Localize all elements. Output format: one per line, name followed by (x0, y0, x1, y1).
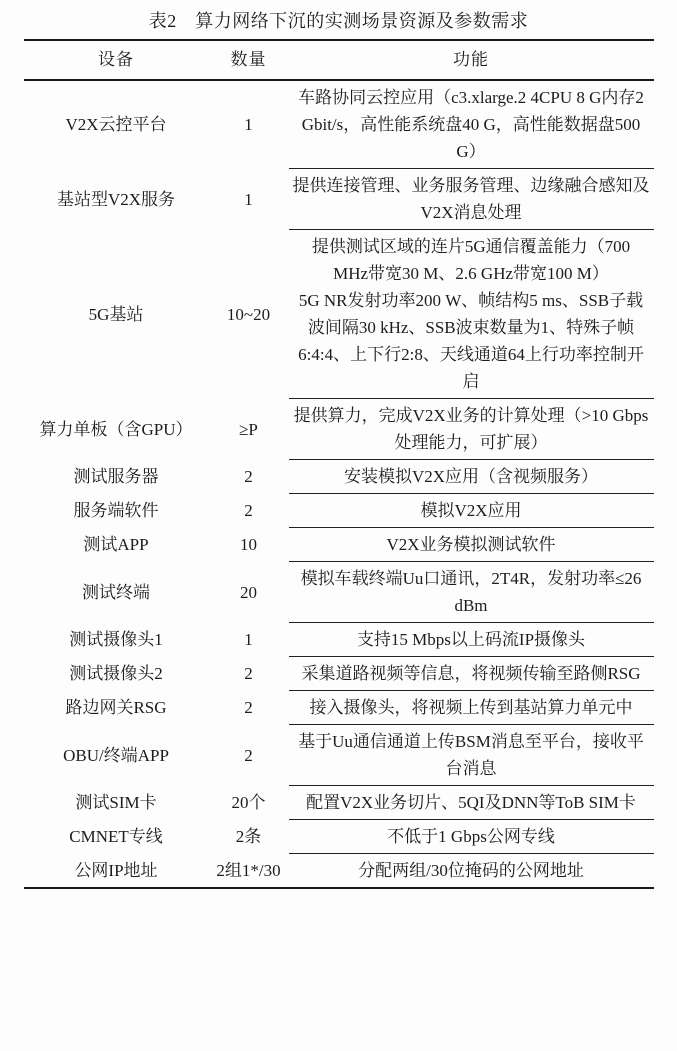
quantity-cell: 2组1*/30 (209, 854, 289, 889)
quantity-cell: 2 (209, 691, 289, 725)
device-cell: 测试APP (24, 528, 209, 562)
device-cell: 5G基站 (24, 230, 209, 399)
table-row: OBU/终端APP 2 基于Uu通信通道上传BSM消息至平台，接收平台消息 (24, 725, 654, 786)
device-cell: V2X云控平台 (24, 80, 209, 169)
resource-requirements-table: 设备 数量 功能 V2X云控平台 1 车路协同云控应用（c3.xlarge.2 … (24, 39, 654, 889)
quantity-cell: 2 (209, 460, 289, 494)
header-row: 设备 数量 功能 (24, 40, 654, 80)
quantity-cell: 2 (209, 725, 289, 786)
function-cell: 模拟V2X应用 (289, 494, 654, 528)
table-row: 测试摄像头2 2 采集道路视频等信息，将视频传输至路侧RSG (24, 657, 654, 691)
function-cell: 安装模拟V2X应用（含视频服务） (289, 460, 654, 494)
device-cell: 算力单板（含GPU） (24, 399, 209, 460)
quantity-cell: 2 (209, 657, 289, 691)
col-header-function: 功能 (289, 40, 654, 80)
function-cell: 提供测试区域的连片5G通信覆盖能力（700 MHz带宽30 M、2.6 GHz带… (289, 230, 654, 399)
function-cell: 配置V2X业务切片、5QI及DNN等ToB SIM卡 (289, 786, 654, 820)
col-header-quantity: 数量 (209, 40, 289, 80)
device-cell: 基站型V2X服务 (24, 169, 209, 230)
table-row: 5G基站 10~20 提供测试区域的连片5G通信覆盖能力（700 MHz带宽30… (24, 230, 654, 399)
function-cell: 分配两组/30位掩码的公网地址 (289, 854, 654, 889)
device-cell: 测试SIM卡 (24, 786, 209, 820)
quantity-cell: 10~20 (209, 230, 289, 399)
device-cell: 服务端软件 (24, 494, 209, 528)
quantity-cell: 1 (209, 80, 289, 169)
table-row: 测试APP 10 V2X业务模拟测试软件 (24, 528, 654, 562)
function-cell: 采集道路视频等信息，将视频传输至路侧RSG (289, 657, 654, 691)
device-cell: 公网IP地址 (24, 854, 209, 889)
device-cell: 测试终端 (24, 562, 209, 623)
quantity-cell: 20 (209, 562, 289, 623)
function-cell: 基于Uu通信通道上传BSM消息至平台，接收平台消息 (289, 725, 654, 786)
table-row: 测试终端 20 模拟车载终端Uu口通讯，2T4R，发射功率≤26 dBm (24, 562, 654, 623)
quantity-cell: 2条 (209, 820, 289, 854)
table-row: 测试服务器 2 安装模拟V2X应用（含视频服务） (24, 460, 654, 494)
table-row: V2X云控平台 1 车路协同云控应用（c3.xlarge.2 4CPU 8 G内… (24, 80, 654, 169)
device-cell: 测试摄像头1 (24, 623, 209, 657)
device-cell: 测试摄像头2 (24, 657, 209, 691)
function-cell: 提供连接管理、业务服务管理、边缘融合感知及V2X消息处理 (289, 169, 654, 230)
table-row: 公网IP地址 2组1*/30 分配两组/30位掩码的公网地址 (24, 854, 654, 889)
table-row: 路边网关RSG 2 接入摄像头，将视频上传到基站算力单元中 (24, 691, 654, 725)
quantity-cell: 10 (209, 528, 289, 562)
quantity-cell: 1 (209, 169, 289, 230)
function-cell: V2X业务模拟测试软件 (289, 528, 654, 562)
col-header-device: 设备 (24, 40, 209, 80)
device-cell: 路边网关RSG (24, 691, 209, 725)
quantity-cell: 20个 (209, 786, 289, 820)
device-cell: CMNET专线 (24, 820, 209, 854)
table-row: 基站型V2X服务 1 提供连接管理、业务服务管理、边缘融合感知及V2X消息处理 (24, 169, 654, 230)
table-row: 测试摄像头1 1 支持15 Mbps以上码流IP摄像头 (24, 623, 654, 657)
table-caption: 表2 算力网络下沉的实测场景资源及参数需求 (0, 0, 677, 39)
function-cell: 不低于1 Gbps公网专线 (289, 820, 654, 854)
function-cell: 支持15 Mbps以上码流IP摄像头 (289, 623, 654, 657)
quantity-cell: 2 (209, 494, 289, 528)
table-row: 测试SIM卡 20个 配置V2X业务切片、5QI及DNN等ToB SIM卡 (24, 786, 654, 820)
table-row: 算力单板（含GPU） ≥P 提供算力，完成V2X业务的计算处理（>10 Gbps… (24, 399, 654, 460)
device-cell: 测试服务器 (24, 460, 209, 494)
function-cell: 接入摄像头，将视频上传到基站算力单元中 (289, 691, 654, 725)
paper-table-page: 表2 算力网络下沉的实测场景资源及参数需求 设备 数量 功能 V2X云控平台 1… (0, 0, 677, 1051)
device-cell: OBU/终端APP (24, 725, 209, 786)
function-cell: 模拟车载终端Uu口通讯，2T4R，发射功率≤26 dBm (289, 562, 654, 623)
function-cell: 提供算力，完成V2X业务的计算处理（>10 Gbps处理能力，可扩展） (289, 399, 654, 460)
table-body: V2X云控平台 1 车路协同云控应用（c3.xlarge.2 4CPU 8 G内… (24, 80, 654, 888)
table-row: 服务端软件 2 模拟V2X应用 (24, 494, 654, 528)
table-row: CMNET专线 2条 不低于1 Gbps公网专线 (24, 820, 654, 854)
quantity-cell: 1 (209, 623, 289, 657)
quantity-cell: ≥P (209, 399, 289, 460)
function-cell: 车路协同云控应用（c3.xlarge.2 4CPU 8 G内存2 Gbit/s，… (289, 80, 654, 169)
